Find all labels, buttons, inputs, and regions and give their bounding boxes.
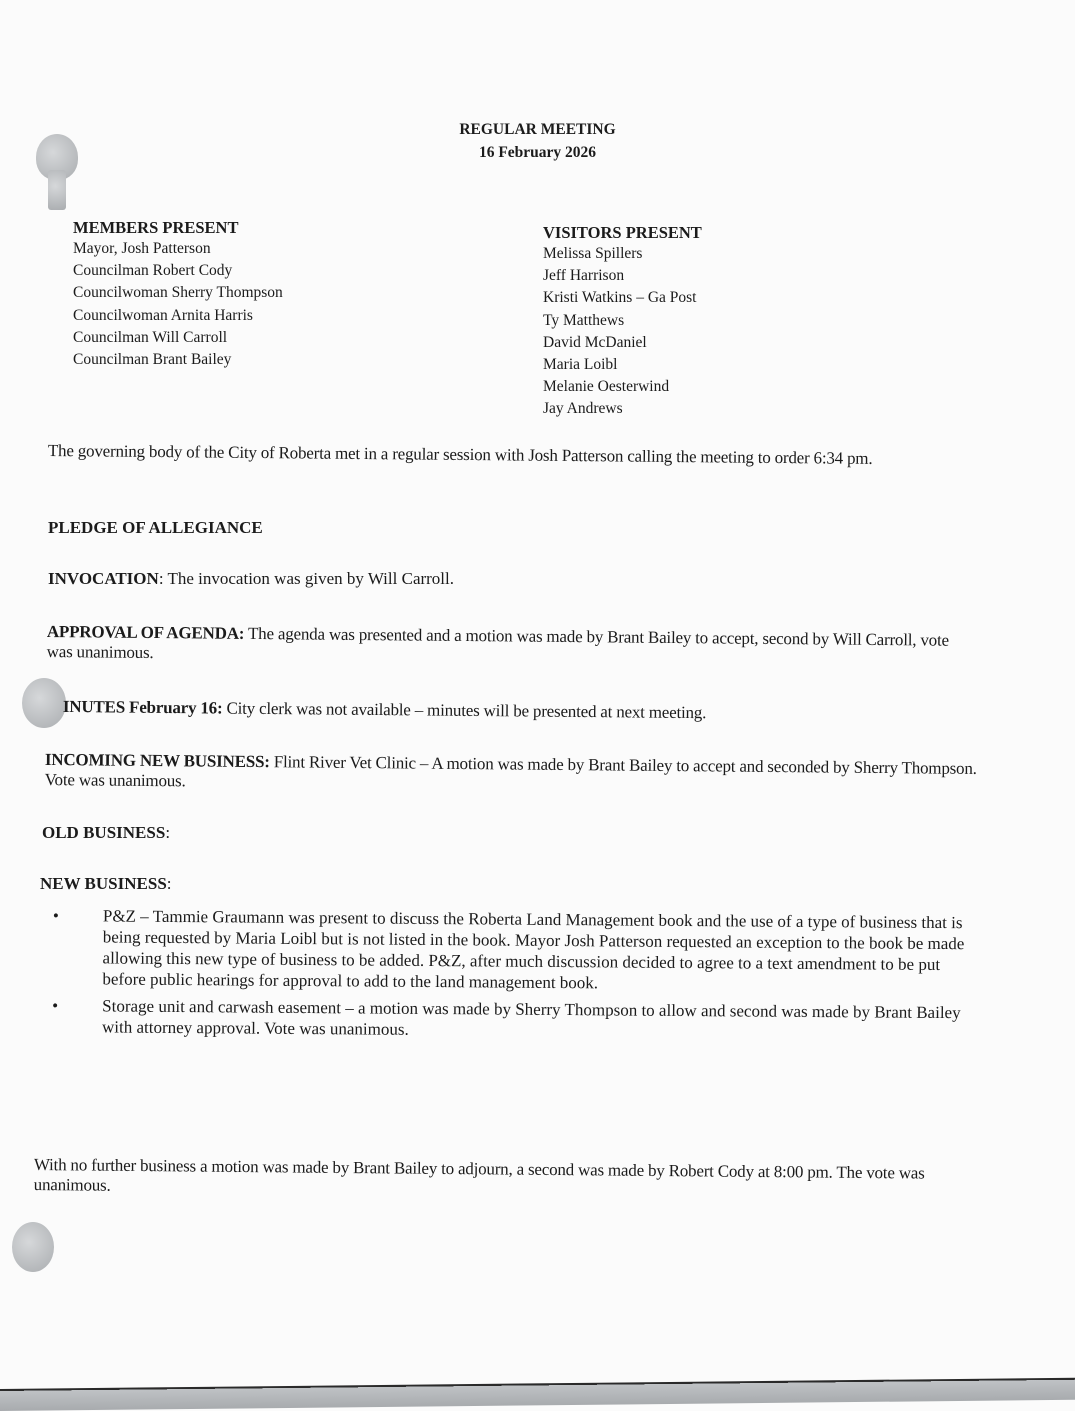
incoming-business-paragraph: INCOMING NEW BUSINESS: Flint River Vet C… [45, 750, 1000, 799]
visitor-name: Kristi Watkins – Ga Post [543, 287, 702, 309]
member-name: Councilman Robert Cody [73, 260, 283, 282]
visitor-name: Maria Loibl [543, 354, 702, 376]
minutes-heading: INUTES February 16: [63, 697, 223, 718]
hole-punch-top-tail [48, 170, 66, 210]
incoming-business-heading: INCOMING NEW BUSINESS: [45, 750, 270, 771]
invocation-text: : The invocation was given by Will Carro… [159, 569, 454, 588]
new-business-item-text: P&Z – Tammie Graumann was present to dis… [102, 906, 964, 992]
visitors-present-heading: VISITORS PRESENT [543, 223, 702, 243]
visitor-name: Melanie Oesterwind [543, 376, 702, 398]
agenda-paragraph: APPROVAL OF AGENDA: The agenda was prese… [47, 622, 977, 671]
visitors-present-section: VISITORS PRESENT Melissa SpillersJeff Ha… [543, 223, 702, 421]
invocation-paragraph: INVOCATION: The invocation was given by … [48, 569, 454, 589]
pledge-heading: PLEDGE OF ALLEGIANCE [48, 518, 263, 538]
members-present-heading: MEMBERS PRESENT [73, 218, 283, 238]
visitor-name: Jay Andrews [543, 398, 702, 420]
visitor-name: David McDaniel [543, 332, 702, 354]
hole-punch-bottom [12, 1222, 54, 1272]
visitor-name: Ty Matthews [543, 310, 702, 332]
member-name: Councilman Will Carroll [73, 327, 283, 349]
new-business-heading: NEW BUSINESS: [40, 874, 172, 894]
invocation-heading: INVOCATION [48, 569, 159, 588]
visitors-list: Melissa SpillersJeff HarrisonKristi Watk… [543, 243, 702, 421]
minutes-text: City clerk was not available – minutes w… [222, 699, 706, 723]
member-name: Councilman Brant Bailey [73, 349, 283, 371]
new-business-item: •Storage unit and carwash easement – a m… [47, 995, 977, 1044]
member-name: Councilwoman Arnita Harris [73, 305, 283, 327]
visitor-name: Melissa Spillers [543, 243, 702, 265]
members-list: Mayor, Josh PattersonCouncilman Robert C… [73, 238, 283, 371]
bullet-icon: • [53, 905, 59, 926]
meeting-date: 16 February 2026 [0, 144, 1075, 162]
bullet-icon: • [52, 995, 58, 1016]
scanned-document-page: REGULAR MEETING 16 February 2026 MEMBERS… [0, 0, 1075, 1411]
hole-punch-middle [22, 678, 66, 728]
new-business-item-text: Storage unit and carwash easement – a mo… [102, 996, 961, 1038]
closing-paragraph: With no further business a motion was ma… [34, 1155, 984, 1204]
old-business-heading: OLD BUSINESS: [42, 823, 170, 843]
visitor-name: Jeff Harrison [543, 265, 702, 287]
new-business-item: •P&Z – Tammie Graumann was present to di… [47, 905, 978, 996]
minutes-paragraph: INUTES February 16: City clerk was not a… [63, 697, 963, 726]
members-present-section: MEMBERS PRESENT Mayor, Josh PattersonCou… [73, 218, 283, 371]
intro-paragraph: The governing body of the City of Robert… [48, 441, 998, 470]
meeting-title: REGULAR MEETING [0, 121, 1075, 139]
member-name: Councilwoman Sherry Thompson [73, 282, 283, 304]
page-bottom-edge [0, 1378, 1075, 1411]
new-business-list: •P&Z – Tammie Graumann was present to di… [47, 905, 978, 1044]
member-name: Mayor, Josh Patterson [73, 238, 283, 260]
agenda-heading: APPROVAL OF AGENDA: [47, 622, 245, 643]
